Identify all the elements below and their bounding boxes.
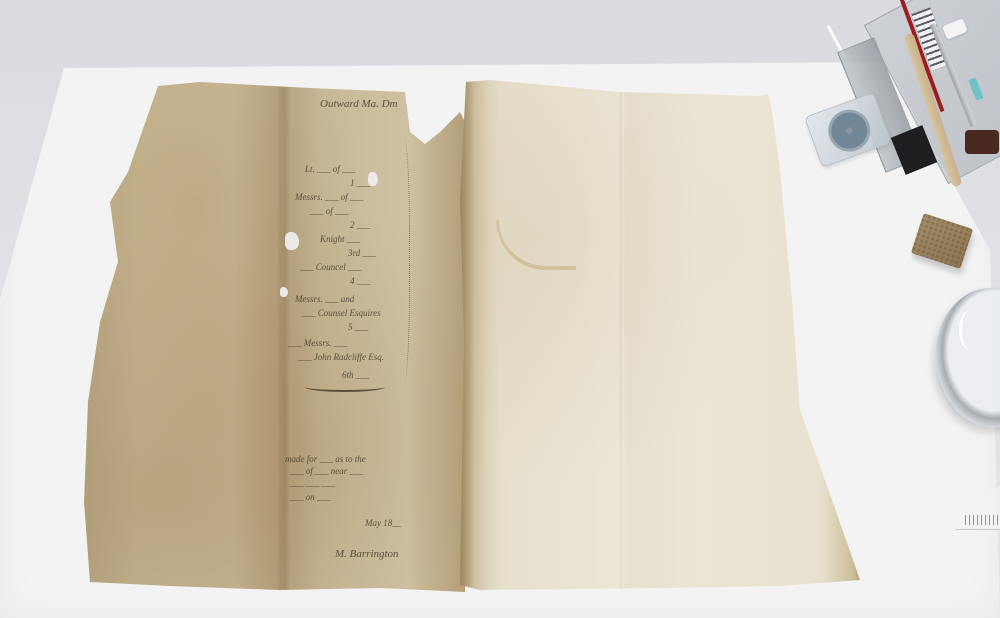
paper-loss: [285, 232, 299, 250]
text-line: 5 ___: [348, 322, 368, 332]
text-line: 4 ___: [350, 276, 370, 286]
leaf-fold-line: [278, 82, 292, 592]
footer-line: ___ of ___ near ___: [290, 466, 363, 476]
text-line: Knight ___: [320, 234, 360, 244]
text-line: 3rd ___: [348, 248, 376, 258]
text-line: ___ Counsel Esquires: [302, 308, 381, 318]
heading-line: Outward Ma. Dm: [320, 98, 398, 110]
flourish-line: [305, 382, 385, 392]
paper-loss: [280, 287, 288, 297]
leaf-gutter: [460, 80, 488, 590]
text-line: 6th ___: [342, 370, 369, 380]
text-line: ___ Councel ___: [300, 262, 362, 272]
leather-clip: [965, 130, 999, 154]
tape-reel: [822, 104, 876, 158]
brace-mark: [396, 140, 410, 380]
text-line: ___ Messrs. ___: [288, 338, 347, 348]
glass-glint: [959, 310, 981, 350]
footer-line: ___ on ___: [290, 492, 331, 502]
photo-scene: Outward Ma. Dm Lt. ___ of ___ 1 ___ Mess…: [0, 0, 1000, 618]
date-line: May 18__: [365, 518, 401, 528]
footer-line: made for ___ as to the: [285, 454, 366, 464]
text-line: 2 ___: [350, 220, 370, 230]
text-line: Lt. ___ of ___: [305, 164, 356, 174]
text-line: ___ of ___: [310, 206, 349, 216]
signature: M. Barrington: [335, 548, 399, 560]
text-line: ___ John Radcliffe Esq.: [298, 352, 384, 362]
text-line: Messrs. ___ and: [295, 294, 354, 304]
tide-line-stain: [496, 220, 576, 270]
footer-line: ___ ___ ___: [290, 478, 335, 488]
ruler-ticks: [965, 515, 1000, 525]
text-line: 1 ___: [350, 178, 370, 188]
text-line: Messrs. ___ of ___: [295, 192, 364, 202]
leaf-fold-line: [620, 90, 624, 590]
